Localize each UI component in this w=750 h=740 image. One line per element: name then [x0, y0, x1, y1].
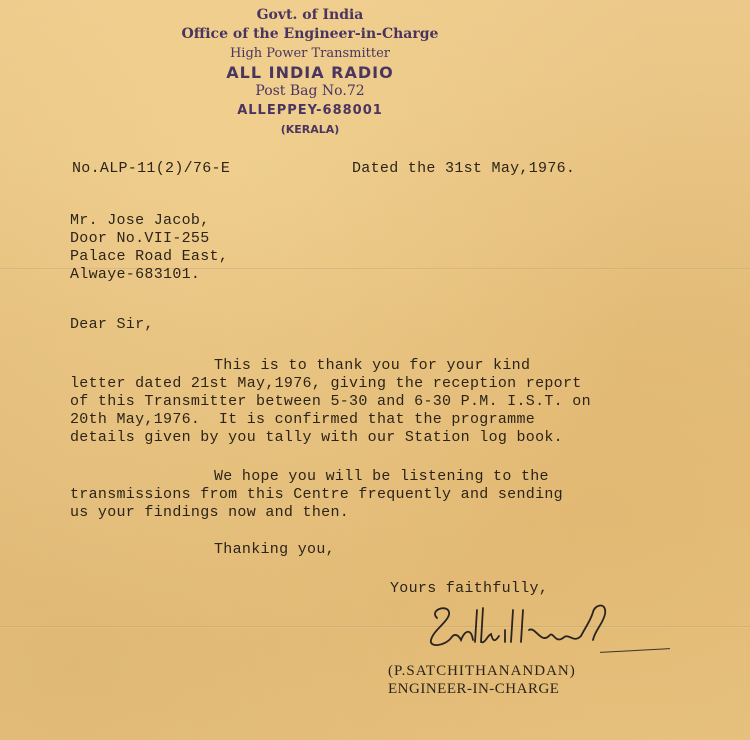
recipient-road: Palace Road East,: [70, 248, 228, 266]
signatory-name: (P.SATCHITHANANDAN): [388, 662, 576, 680]
stamp-city: ALLEPPEY-688001: [180, 101, 440, 120]
body-line: details given by you tally with our Stat…: [70, 429, 563, 447]
closing-valediction: Yours faithfully,: [390, 580, 548, 598]
stamp-office: Office of the Engineer-in-Charge: [180, 25, 440, 44]
fold-crease-lower: [0, 626, 750, 628]
stamp-air: ALL INDIA RADIO: [180, 63, 440, 82]
stamp-govt: Govt. of India: [180, 6, 440, 25]
signatory-title: ENGINEER-IN-CHARGE: [388, 680, 559, 698]
stamp-postbag: Post Bag No.72: [180, 82, 440, 101]
recipient-city: Alwaye-683101.: [70, 266, 200, 284]
handwritten-signature: [425, 600, 635, 652]
body-line: 20th May,1976. It is confirmed that the …: [70, 411, 535, 429]
stamp-transmitter: High Power Transmitter: [180, 44, 440, 63]
salutation: Dear Sir,: [70, 316, 154, 334]
body-line: transmissions from this Centre frequentl…: [70, 486, 563, 504]
body-line: of this Transmitter between 5-30 and 6-3…: [70, 393, 591, 411]
body-line: This is to thank you for your kind: [214, 357, 530, 375]
body-line: us your findings now and then.: [70, 504, 349, 522]
stamp-state: (KERALA): [180, 120, 440, 139]
body-line: We hope you will be listening to the: [214, 468, 549, 486]
recipient-door: Door No.VII-255: [70, 230, 210, 248]
closing-thanks: Thanking you,: [214, 541, 335, 559]
letter-date: Dated the 31st May,1976.: [352, 160, 575, 178]
letterhead-stamp: Govt. of India Office of the Engineer-in…: [180, 6, 440, 139]
body-line: letter dated 21st May,1976, giving the r…: [70, 375, 582, 393]
reference-number: No.ALP-11(2)/76-E: [72, 160, 230, 178]
recipient-name: Mr. Jose Jacob,: [70, 212, 210, 230]
